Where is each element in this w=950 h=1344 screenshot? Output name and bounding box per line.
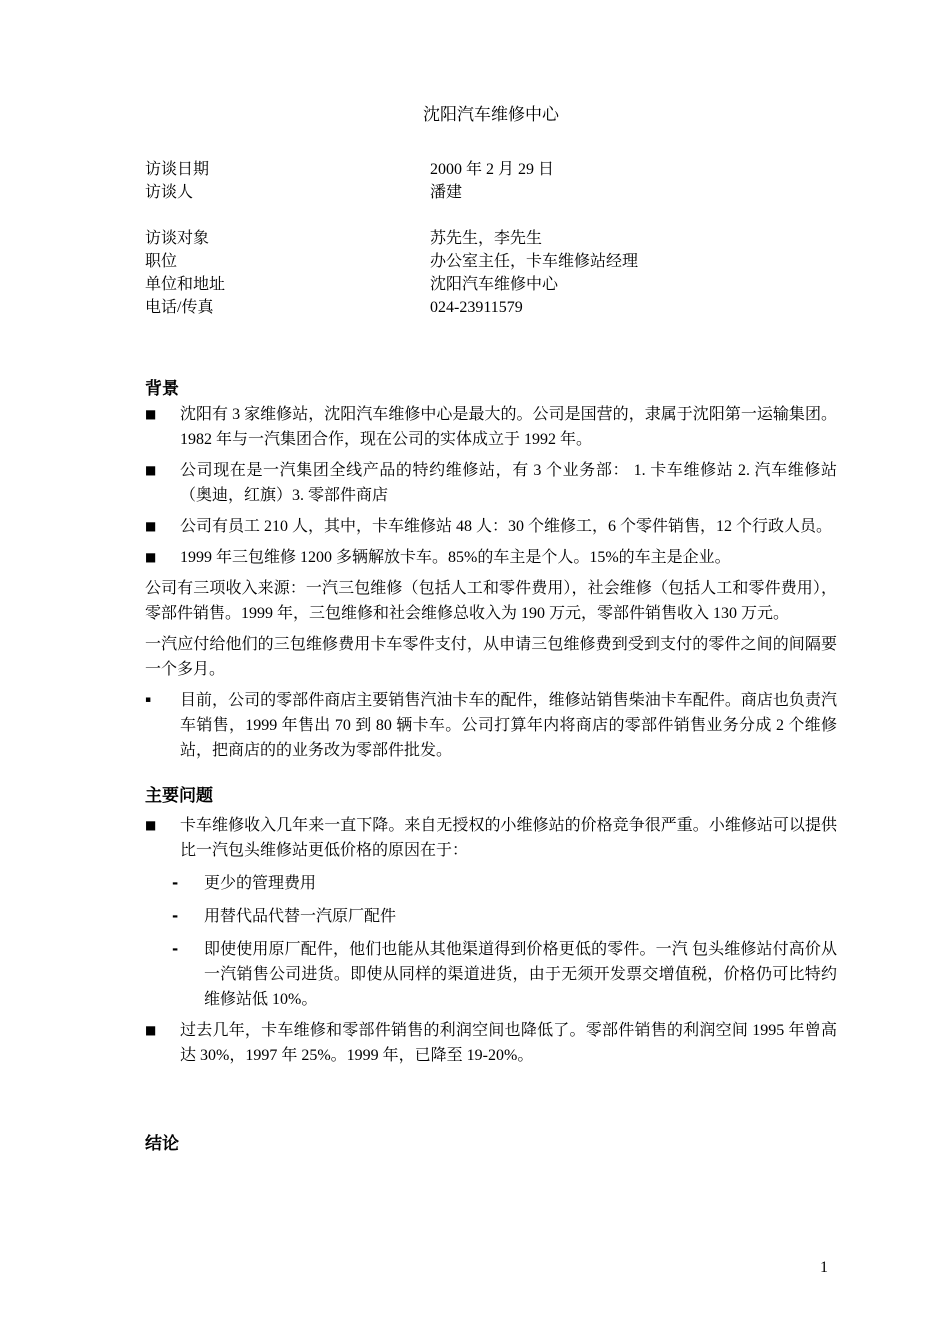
info-value: 苏先生，李先生 xyxy=(430,227,837,250)
info-row-interview-date: 访谈日期 2000 年 2 月 29 日 xyxy=(145,158,837,181)
info-row-position: 职位 办公室主任，卡车维修站经理 xyxy=(145,250,837,273)
page-title: 沈阳汽车维修中心 xyxy=(145,104,837,126)
bullet-text: 卡车维修收入几年来一直下降。来自无授权的小维修站的价格竞争很严重。小维修站可以提… xyxy=(180,813,837,863)
bullet-item: ■ 1999 年三包维修 1200 多辆解放卡车。85%的车主是个人。15%的车… xyxy=(145,545,837,570)
info-value: 沈阳汽车维修中心 xyxy=(430,273,837,296)
bullet-square-icon: ■ xyxy=(145,402,180,452)
info-value: 办公室主任，卡车维修站经理 xyxy=(430,250,837,273)
info-value: 024-23911579 xyxy=(430,296,837,319)
sub-bullet-item: - 即使使用原厂配件，他们也能从其他渠道得到价格更低的零件。一汽 包头维修站付高… xyxy=(172,937,837,1012)
info-label: 访谈对象 xyxy=(145,227,430,250)
section-heading-background: 背景 xyxy=(145,378,837,400)
bullet-square-icon: ■ xyxy=(145,514,180,539)
paragraph-payment-terms: 一汽应付给他们的三包维修费用卡车零件支付，从申请三包维修费到受到支付的零件之间的… xyxy=(145,632,837,682)
sub-bullet-text: 更少的管理费用 xyxy=(204,871,837,896)
bullet-text: 沈阳有 3 家维修站，沈阳汽车维修中心是最大的。公司是国营的，隶属于沈阳第一运输… xyxy=(180,402,837,452)
info-value: 潘建 xyxy=(430,181,837,204)
bullet-item: ■ 沈阳有 3 家维修站，沈阳汽车维修中心是最大的。公司是国营的，隶属于沈阳第一… xyxy=(145,402,837,452)
issues-bullet-list: ■ 卡车维修收入几年来一直下降。来自无授权的小维修站的价格竞争很严重。小维修站可… xyxy=(145,813,837,1068)
background-bullet-list: ■ 沈阳有 3 家维修站，沈阳汽车维修中心是最大的。公司是国营的，隶属于沈阳第一… xyxy=(145,402,837,570)
bullet-item-small: ▪ 目前，公司的零部件商店主要销售汽油卡车的配件，维修站销售柴油卡车配件。商店也… xyxy=(145,688,837,763)
dash-bullet-icon: - xyxy=(172,937,204,1012)
bullet-square-icon: ■ xyxy=(145,1018,180,1068)
info-label: 访谈日期 xyxy=(145,158,430,181)
sub-bullet-item: - 用替代品代替一汽原厂配件 xyxy=(172,904,837,929)
page-number: 1 xyxy=(820,1258,828,1278)
sub-bullet-text: 即使使用原厂配件，他们也能从其他渠道得到价格更低的零件。一汽 包头维修站付高价从… xyxy=(204,937,837,1012)
bullet-text: 过去几年，卡车维修和零部件销售的利润空间也降低了。零部件销售的利润空间 1995… xyxy=(180,1018,837,1068)
bullet-text: 公司现在是一汽集团全线产品的特约维修站，有 3 个业务部： 1. 卡车维修站 2… xyxy=(180,458,837,508)
bullet-square-icon: ■ xyxy=(145,458,180,508)
bullet-item: ■ 过去几年，卡车维修和零部件销售的利润空间也降低了。零部件销售的利润空间 19… xyxy=(145,1018,837,1068)
info-row-company-address: 单位和地址 沈阳汽车维修中心 xyxy=(145,273,837,296)
info-row-interviewer: 访谈人 潘建 xyxy=(145,181,837,204)
sub-bullet-text: 用替代品代替一汽原厂配件 xyxy=(204,904,837,929)
info-row-phone-fax: 电话/传真 024-23911579 xyxy=(145,296,837,319)
interview-info-table: 访谈日期 2000 年 2 月 29 日 访谈人 潘建 访谈对象 苏先生，李先生… xyxy=(145,158,837,319)
section-heading-main-issues: 主要问题 xyxy=(145,785,837,807)
bullet-text: 1999 年三包维修 1200 多辆解放卡车。85%的车主是个人。15%的车主是… xyxy=(180,545,837,570)
bullet-square-icon: ■ xyxy=(145,545,180,570)
bullet-square-icon: ■ xyxy=(145,813,180,863)
sub-bullet-item: - 更少的管理费用 xyxy=(172,871,837,896)
section-heading-conclusion: 结论 xyxy=(145,1133,837,1155)
info-label: 电话/传真 xyxy=(145,296,430,319)
dash-bullet-icon: - xyxy=(172,871,204,896)
info-value: 2000 年 2 月 29 日 xyxy=(430,158,837,181)
document-content: 沈阳汽车维修中心 访谈日期 2000 年 2 月 29 日 访谈人 潘建 访谈对… xyxy=(0,0,950,1155)
document-page: 沈阳汽车维修中心 访谈日期 2000 年 2 月 29 日 访谈人 潘建 访谈对… xyxy=(0,0,950,1344)
paragraph-revenue-sources: 公司有三项收入来源：一汽三包维修（包括人工和零件费用），社会维修（包括人工和零件… xyxy=(145,576,837,626)
info-label: 职位 xyxy=(145,250,430,273)
bullet-item: ■ 公司现在是一汽集团全线产品的特约维修站，有 3 个业务部： 1. 卡车维修站… xyxy=(145,458,837,508)
bullet-text: 公司有员工 210 人，其中，卡车维修站 48 人：30 个维修工，6 个零件销… xyxy=(180,514,837,539)
info-label: 访谈人 xyxy=(145,181,430,204)
info-label: 单位和地址 xyxy=(145,273,430,296)
bullet-item: ■ 公司有员工 210 人，其中，卡车维修站 48 人：30 个维修工，6 个零… xyxy=(145,514,837,539)
small-bullet-square-icon: ▪ xyxy=(145,688,180,763)
bullet-item: ■ 卡车维修收入几年来一直下降。来自无授权的小维修站的价格竞争很严重。小维修站可… xyxy=(145,813,837,863)
bullet-text: 目前，公司的零部件商店主要销售汽油卡车的配件，维修站销售柴油卡车配件。商店也负责… xyxy=(180,688,837,763)
info-row-interviewees: 访谈对象 苏先生，李先生 xyxy=(145,227,837,250)
dash-bullet-icon: - xyxy=(172,904,204,929)
